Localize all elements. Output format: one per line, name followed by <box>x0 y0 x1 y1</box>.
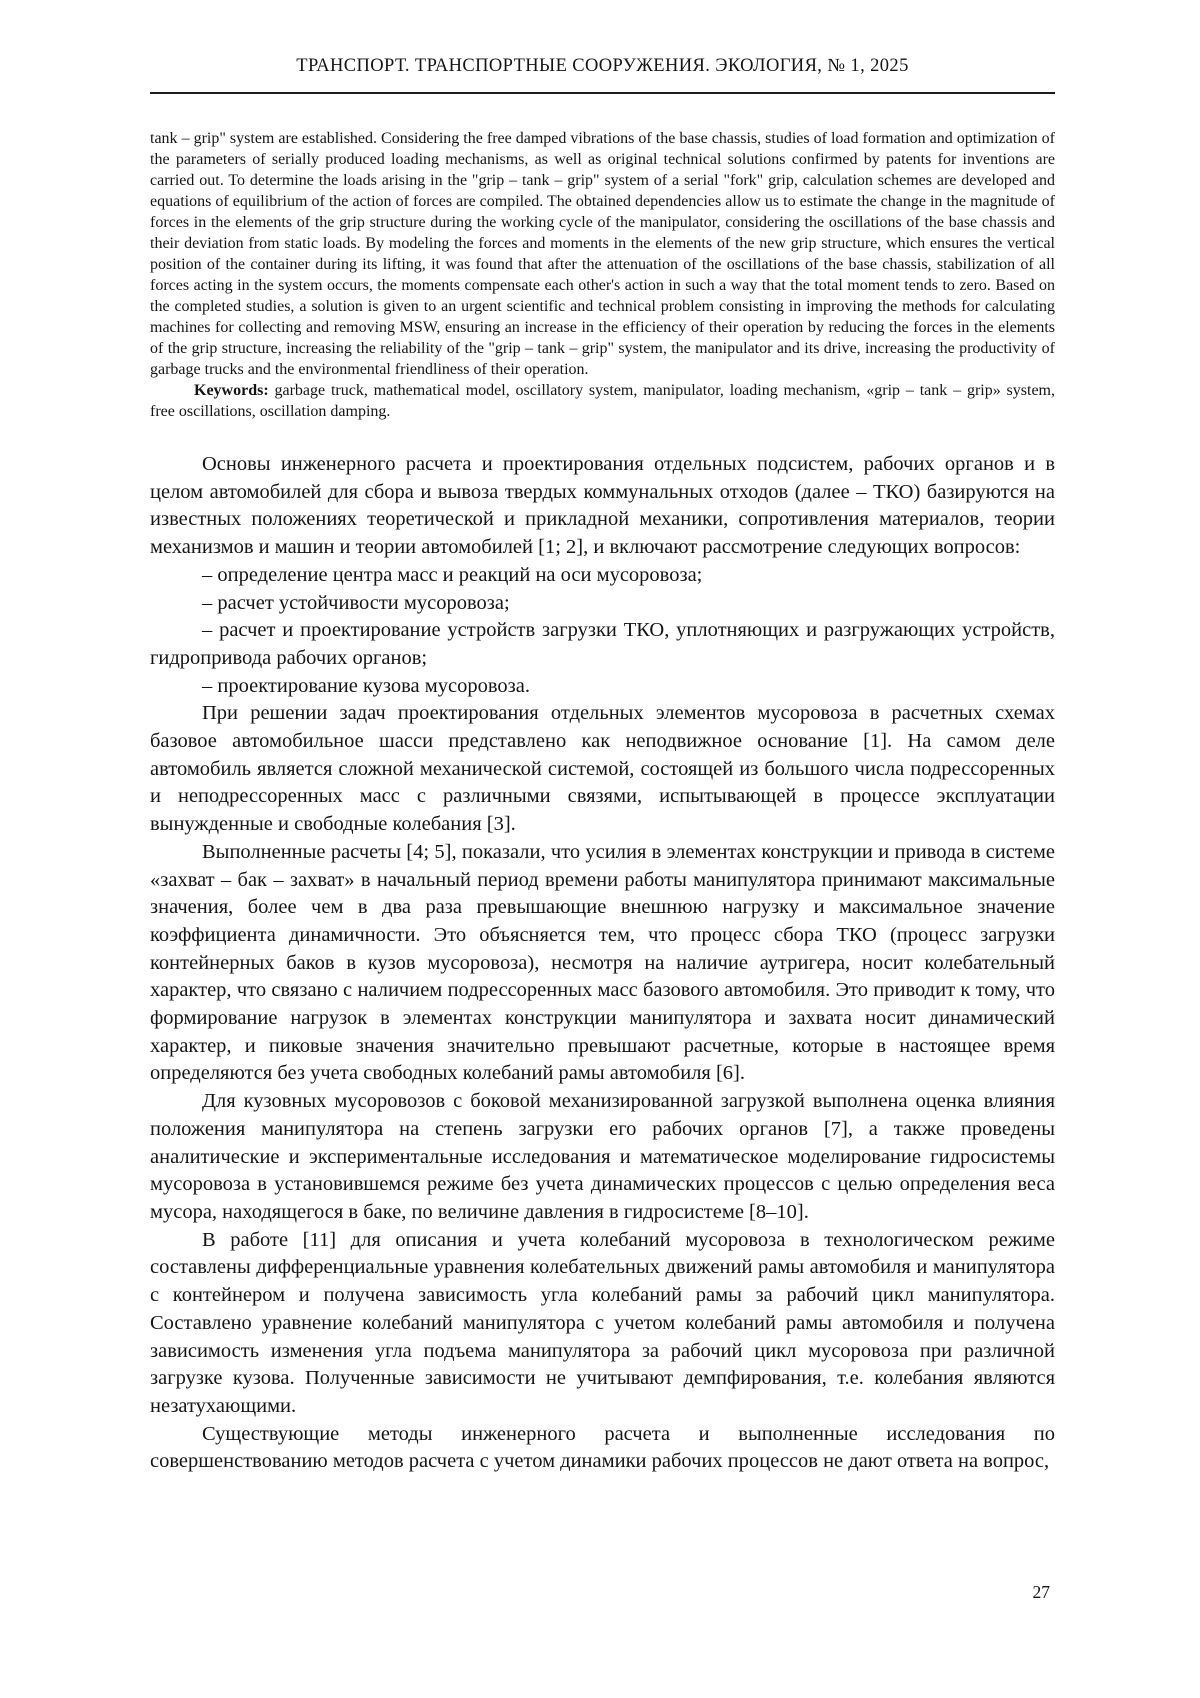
header-rule <box>150 92 1055 94</box>
body-list-item: – расчет устойчивости мусоровоза; <box>150 590 1055 618</box>
keywords-paragraph: Keywords: garbage truck, mathematical mo… <box>150 380 1055 422</box>
body-paragraph: Для кузовных мусоровозов с боковой механ… <box>150 1088 1055 1227</box>
body-paragraph: При решении задач проектирования отдельн… <box>150 700 1055 839</box>
keywords-label: Keywords: <box>194 382 269 399</box>
page-number: 27 <box>1033 1582 1051 1603</box>
body-list-item: – расчет и проектирование устройств загр… <box>150 617 1055 672</box>
body-paragraph: В работе [11] для описания и учета колеб… <box>150 1227 1055 1421</box>
body-list-item: – определение центра масс и реакций на о… <box>150 562 1055 590</box>
body-paragraph: Существующие методы инженерного расчета … <box>150 1421 1055 1476</box>
keywords-text: garbage truck, mathematical model, oscil… <box>150 382 1055 420</box>
abstract-section: tank – grip" system are established. Con… <box>150 128 1055 422</box>
journal-header-title: ТРАНСПОРТ. ТРАНСПОРТНЫЕ СООРУЖЕНИЯ. ЭКОЛ… <box>150 56 1055 77</box>
body-paragraph: Основы инженерного расчета и проектирова… <box>150 451 1055 562</box>
body-paragraph: Выполненные расчеты [4; 5], показали, чт… <box>150 839 1055 1088</box>
body-list-item: – проектирование кузова мусоровоза. <box>150 673 1055 701</box>
journal-page: ТРАНСПОРТ. ТРАНСПОРТНЫЕ СООРУЖЕНИЯ. ЭКОЛ… <box>0 0 1200 1698</box>
article-body: Основы инженерного расчета и проектирова… <box>150 451 1055 1476</box>
abstract-paragraph: tank – grip" system are established. Con… <box>150 128 1055 380</box>
